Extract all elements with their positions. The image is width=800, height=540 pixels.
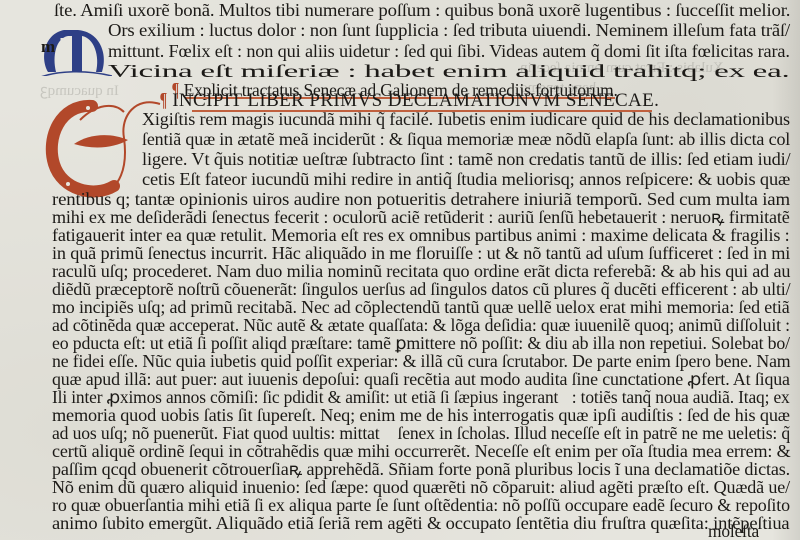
text-line: ſte. Amiſi uxorẽ bonã. Multos tibi numer… xyxy=(54,0,790,21)
text-line: Xigiſtis rem magis iucundã mihi q̃ facil… xyxy=(142,108,790,130)
bleed-through-text: In quacumqꝫ xyxy=(40,80,119,100)
guide-letter: m xyxy=(41,37,55,57)
text-line: ſentiã quæ in ætatẽ meã inciderũt : & ſi… xyxy=(142,128,790,150)
text-line: cetis Eſt fateor iucundũ mihi redire in … xyxy=(142,168,790,190)
text-line: mittunt. Fœlix eſt : non qui aliis uidet… xyxy=(108,40,790,62)
manuscript-page: Xulabis : Errat cum omnia ſecerin hanc t… xyxy=(0,0,800,540)
text-line: ligere. Vt q̃uis notitiæ ueſtræ ſubtract… xyxy=(142,148,790,170)
text-line: animo ſubito emergũt. Aliquãdo etiã ſeri… xyxy=(52,512,789,534)
text-line: Ors exilium : luctus dolor : non ſunt ſu… xyxy=(108,19,790,41)
text-line: moleſta xyxy=(708,520,759,540)
